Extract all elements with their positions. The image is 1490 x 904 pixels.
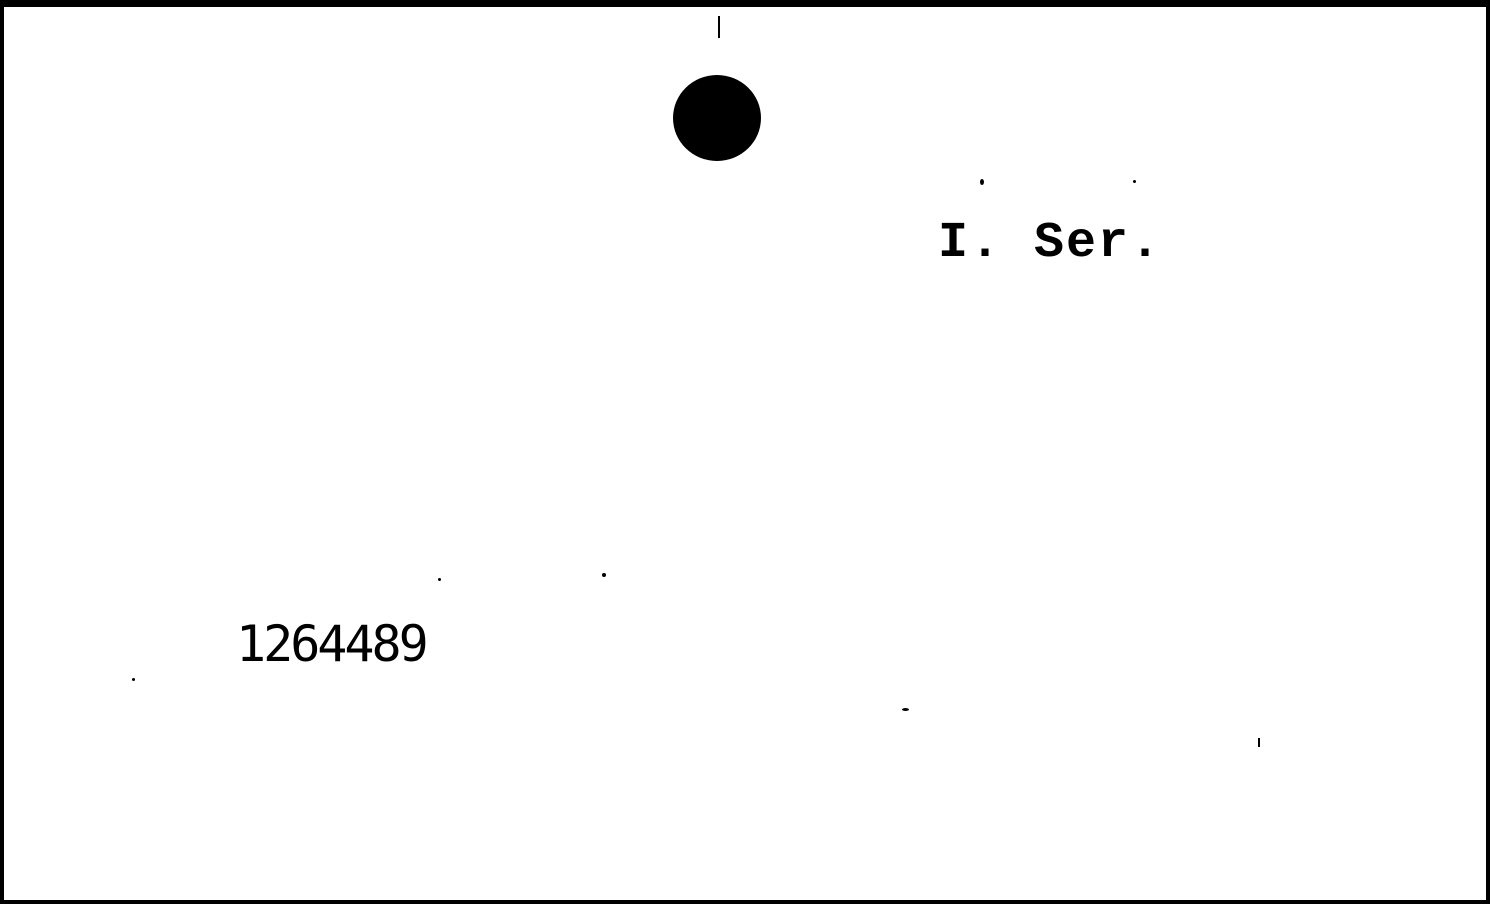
scan-speck xyxy=(1258,738,1260,747)
scan-speck xyxy=(902,708,909,711)
accession-number: 1264489 xyxy=(236,615,426,673)
scan-speck xyxy=(132,678,135,681)
scan-speck xyxy=(438,578,441,581)
series-heading: I. Ser. xyxy=(938,215,1162,272)
scan-speck xyxy=(602,573,606,577)
catalog-card: I. Ser. 1264489 xyxy=(4,7,1486,900)
scan-speck xyxy=(980,179,984,185)
card-notch-mark xyxy=(718,16,720,38)
scan-speck xyxy=(1133,180,1136,183)
punch-hole xyxy=(673,75,761,161)
